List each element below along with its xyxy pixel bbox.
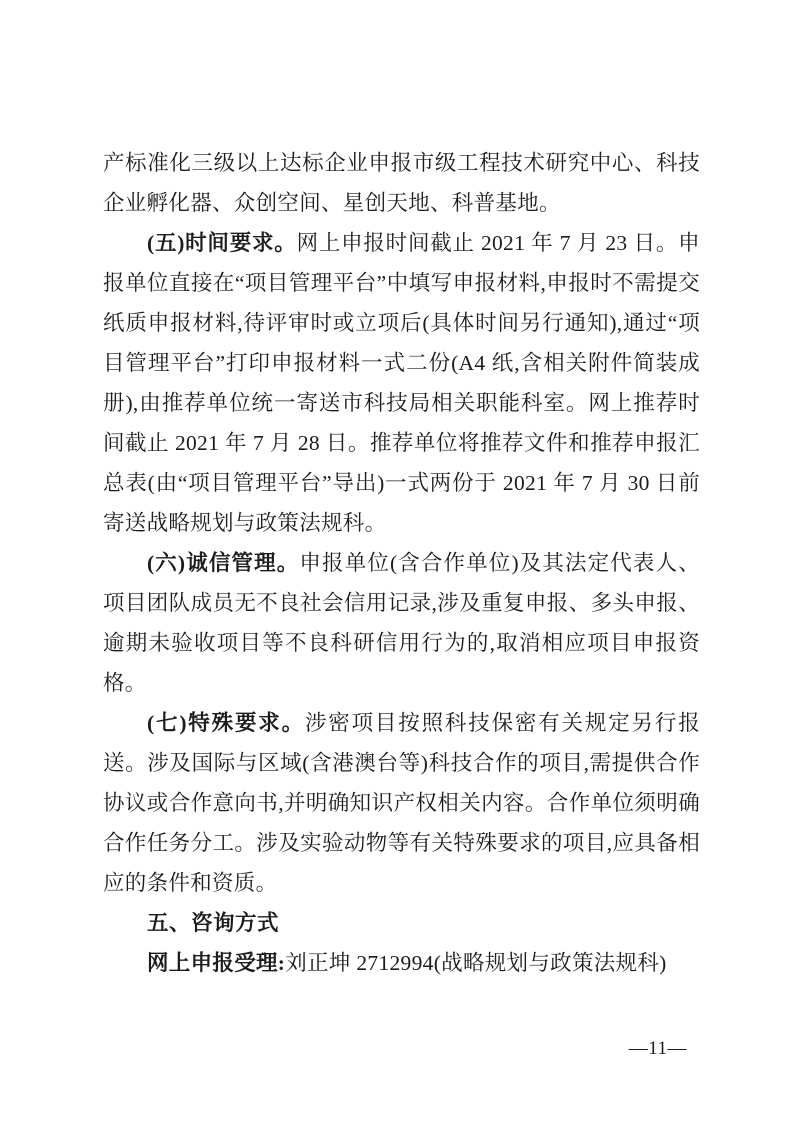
section-time-lead: (五)时间要求。 xyxy=(147,231,297,255)
section-special-body: 涉密项目按照科技保密有关规定另行报送。涉及国际与区域(含港澳台等)科技合作的项目… xyxy=(103,711,700,895)
paragraph-section-time: (五)时间要求。网上申报时间截止 2021 年 7 月 23 日。申报单位直接在… xyxy=(103,223,700,543)
document-page: 产标准化三级以上达标企业申报市级工程技术研究中心、科技企业孵化器、众创空间、星创… xyxy=(0,0,793,1122)
section-heading-consultation: 五、咨询方式 xyxy=(103,903,700,943)
paragraph-section-integrity: (六)诚信管理。申报单位(含合作单位)及其法定代表人、项目团队成员无不良社会信用… xyxy=(103,543,700,703)
paragraph-continuation: 产标准化三级以上达标企业申报市级工程技术研究中心、科技企业孵化器、众创空间、星创… xyxy=(103,143,700,223)
contact-body: 刘正坤 2712994(战略规划与政策法规科) xyxy=(285,951,666,975)
paragraph-contact: 网上申报受理:刘正坤 2712994(战略规划与政策法规科) xyxy=(103,943,700,983)
page-number: —11— xyxy=(629,1038,687,1060)
section-integrity-lead: (六)诚信管理。 xyxy=(147,551,299,575)
contact-lead: 网上申报受理: xyxy=(147,951,285,975)
document-body: 产标准化三级以上达标企业申报市级工程技术研究中心、科技企业孵化器、众创空间、星创… xyxy=(103,143,700,983)
section-special-lead: (七)特殊要求。 xyxy=(147,711,305,735)
paragraph-section-special: (七)特殊要求。涉密项目按照科技保密有关规定另行报送。涉及国际与区域(含港澳台等… xyxy=(103,703,700,903)
section-time-body: 网上申报时间截止 2021 年 7 月 23 日。申报单位直接在“项目管理平台”… xyxy=(103,231,700,535)
